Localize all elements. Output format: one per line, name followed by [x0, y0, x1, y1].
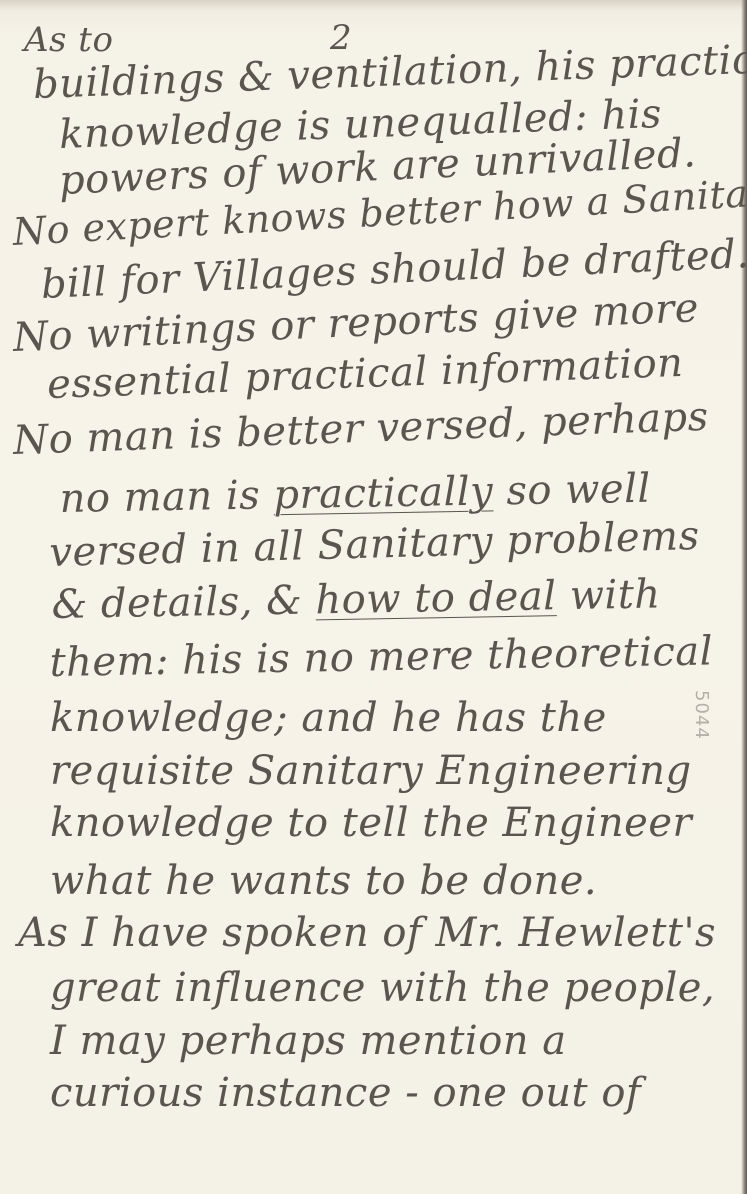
text-segment: & details, &: [51, 577, 316, 628]
text-line-19: great influence with the people,: [50, 965, 715, 1011]
text-line-12: & details, & how to deal with: [51, 571, 661, 628]
text-line-11: versed in all Sanitary problems: [49, 513, 700, 576]
text-line-15: requisite Sanitary Engineering: [50, 748, 692, 794]
underlined-emphasis: how to deal: [315, 573, 557, 623]
text-line-14: knowledge; and he has the: [50, 695, 607, 741]
text-segment: no man is: [59, 472, 274, 522]
text-line-1: As to: [24, 20, 113, 60]
text-segment: so well: [493, 466, 651, 515]
underlined-emphasis: practically: [273, 468, 494, 518]
text-line-17: what he wants to be done.: [50, 858, 597, 904]
archival-folio-number: 5044: [691, 690, 712, 740]
manuscript-page: 2 As to buildings & ventilation, his pra…: [0, 0, 747, 1194]
top-edge-shadow: [0, 0, 747, 10]
text-line-18: As I have spoken of Mr. Hewlett's: [18, 910, 716, 956]
text-line-13: them: his is no mere theoretical: [49, 628, 713, 686]
text-line-16: knowledge to tell the Engineer: [50, 800, 692, 846]
text-line-10: no man is practically so well: [59, 466, 651, 522]
text-segment: with: [556, 571, 661, 619]
text-line-20: I may perhaps mention a: [50, 1018, 567, 1064]
text-line-21: curious instance - one out of: [50, 1070, 641, 1116]
